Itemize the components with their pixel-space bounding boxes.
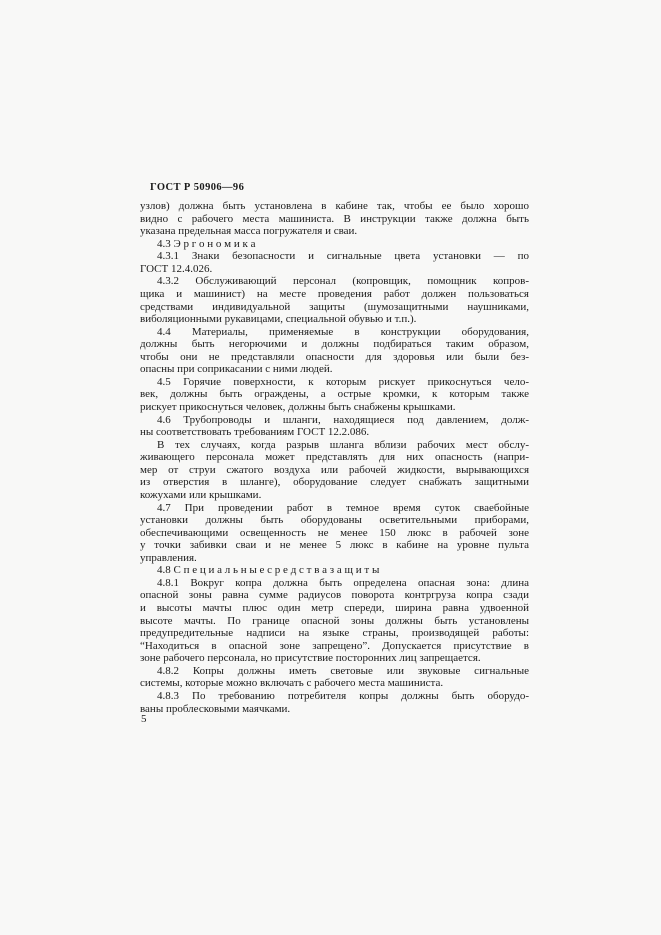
text-line: 4.6 Трубопроводы и шланги, находящиеся п… xyxy=(140,414,529,427)
text-line: из отверстия в шланге), оборудование сле… xyxy=(140,476,529,489)
text-line: 4.8.3 По требованию потребителя копры до… xyxy=(140,690,529,703)
text-line: опасной зоны равна сумме радиусов поворо… xyxy=(140,589,529,602)
text-line: 4.5 Горячие поверхности, к которым риску… xyxy=(140,376,529,389)
text-line: ваны проблесковыми маячками. xyxy=(140,703,529,716)
text-line: 4.8.1 Вокруг копра должна быть определен… xyxy=(140,577,529,590)
text-line: кожухами или крышками. xyxy=(140,489,529,502)
text-line: должны быть негорючими и должны подбират… xyxy=(140,338,529,351)
text-line: 4.8 С п е ц и а л ь н ы е с р е д с т в … xyxy=(140,564,529,577)
text-line: 4.3.2 Обслуживающий персонал (копровщик,… xyxy=(140,275,529,288)
text-line: рискует прикоснуться человек, должны быт… xyxy=(140,401,529,414)
text-line: управления. xyxy=(140,552,529,565)
text-line: ГОСТ 12.4.026. xyxy=(140,263,529,276)
text-line: обеспечивающими освещенность не менее 15… xyxy=(140,527,529,540)
text-line: 4.4 Материалы, применяемые в конструкции… xyxy=(140,326,529,339)
text-line: виболяционными рукавицами, специальной о… xyxy=(140,313,529,326)
text-line: системы, которые можно включать с рабоче… xyxy=(140,677,529,690)
text-line: 4.7 При проведении работ в темное время … xyxy=(140,502,529,515)
text-line: высоте мачты. По границе опасной зоны до… xyxy=(140,615,529,628)
running-header: ГОСТ Р 50906—96 xyxy=(150,182,244,193)
scanned-page: ГОСТ Р 50906—96 узлов) должна быть устан… xyxy=(0,0,661,935)
text-line: опасны при соприкасании с ними людей. xyxy=(140,363,529,376)
page-number: 5 xyxy=(141,713,147,726)
text-line: ны соответствовать требованиям ГОСТ 12.2… xyxy=(140,426,529,439)
text-line: “Находиться в опасной зоне запрещено”. Д… xyxy=(140,640,529,653)
text-line: 4.8.2 Копры должны иметь световые или зв… xyxy=(140,665,529,678)
text-line: живающего персонала может представлять д… xyxy=(140,451,529,464)
text-line: предупредительные надписи на языке стран… xyxy=(140,627,529,640)
text-line: и высоты мачты плюс один метр спереди, ш… xyxy=(140,602,529,615)
text-line: видно с рабочего места машиниста. В инст… xyxy=(140,213,529,226)
text-line: зоне рабочего персонала, но присутствие … xyxy=(140,652,529,665)
text-line: установки должны быть оборудованы освети… xyxy=(140,514,529,527)
text-line: 4.3.1 Знаки безопасности и сигнальные цв… xyxy=(140,250,529,263)
text-line: указана предельная масса погружателя и с… xyxy=(140,225,529,238)
text-line: чтобы они не представляли опасности для … xyxy=(140,351,529,364)
text-line: у точки забивки сваи и не менее 5 люкс в… xyxy=(140,539,529,552)
document-body: узлов) должна быть установлена в кабине … xyxy=(140,200,529,715)
text-line: щика и машинист) на месте проведения раб… xyxy=(140,288,529,301)
text-line: В тех случаях, когда разрыв шланга вблиз… xyxy=(140,439,529,452)
text-line: 4.3 Э р г о н о м и к а xyxy=(140,238,529,251)
text-line: век, должны быть ограждены, а острые кро… xyxy=(140,388,529,401)
text-line: средствами индивидуальной защиты (шумоза… xyxy=(140,301,529,314)
text-line: узлов) должна быть установлена в кабине … xyxy=(140,200,529,213)
text-line: мер от струи сжатого воздуха или рабочей… xyxy=(140,464,529,477)
